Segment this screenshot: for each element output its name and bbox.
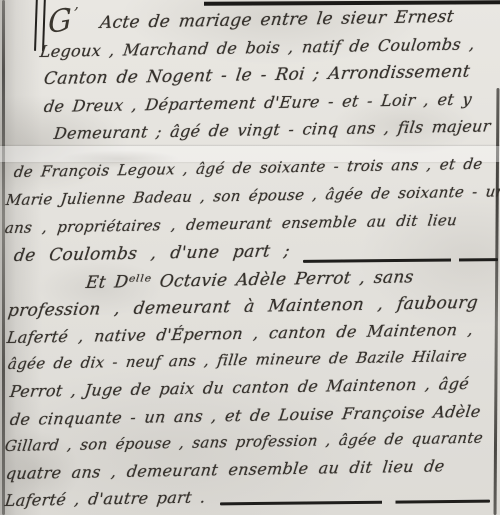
manuscript-line-16: Gillard , son épouse , sans profession ,…	[4, 429, 484, 455]
manuscript-line-18: Laferté , d'autre part .	[4, 487, 207, 510]
top-edge-text-fragment: ,	[74, 0, 79, 13]
manuscript-line-12: Laferté , native d'Épernon , canton de M…	[6, 320, 475, 347]
manuscript-line-8: ans , propriétaires , demeurant ensemble…	[4, 211, 458, 237]
filler-rule-une-part	[303, 258, 498, 262]
manuscript-page: , G Acte de mariage entre le sieur Ernes…	[0, 0, 500, 515]
manuscript-line-2: Legoux , Marchand de bois , natif de Cou…	[39, 34, 476, 61]
manuscript-line-15: de cinquante - un ans , et de Louise Fra…	[9, 402, 482, 429]
manuscript-line-13: âgée de dix - neuf ans , fille mineure d…	[7, 347, 468, 373]
manuscript-line-4: de Dreux , Département d'Eure - et - Loi…	[43, 90, 473, 117]
manuscript-line-7: Marie Julienne Badeau , son épouse , âgé…	[5, 182, 500, 209]
manuscript-line-5: Demeurant ; âgé de vingt - cinq ans , fi…	[53, 116, 492, 143]
manuscript-line-10: Et Dᵉˡˡᵉ Octavie Adèle Perrot , sans	[85, 267, 415, 293]
opening-flourish-mark: G	[48, 2, 72, 42]
filler-rule-autre-part	[220, 500, 490, 505]
manuscript-line-1: Acte de mariage entre le sieur Ernest	[99, 7, 455, 33]
manuscript-line-9: de Coulombs , d'une part ;	[13, 241, 291, 266]
left-scan-edge-line	[2, 0, 5, 515]
top-border-rule	[204, 0, 500, 6]
manuscript-line-3: Canton de Nogent - le - Roi ; Arrondisse…	[43, 62, 471, 89]
manuscript-line-14: Perrot , Juge de paix du canton de Maint…	[9, 374, 470, 401]
manuscript-line-11: profession , demeurant à Maintenon , fau…	[7, 293, 479, 321]
manuscript-line-17: quatre ans , demeurant ensemble au dit l…	[5, 456, 446, 483]
